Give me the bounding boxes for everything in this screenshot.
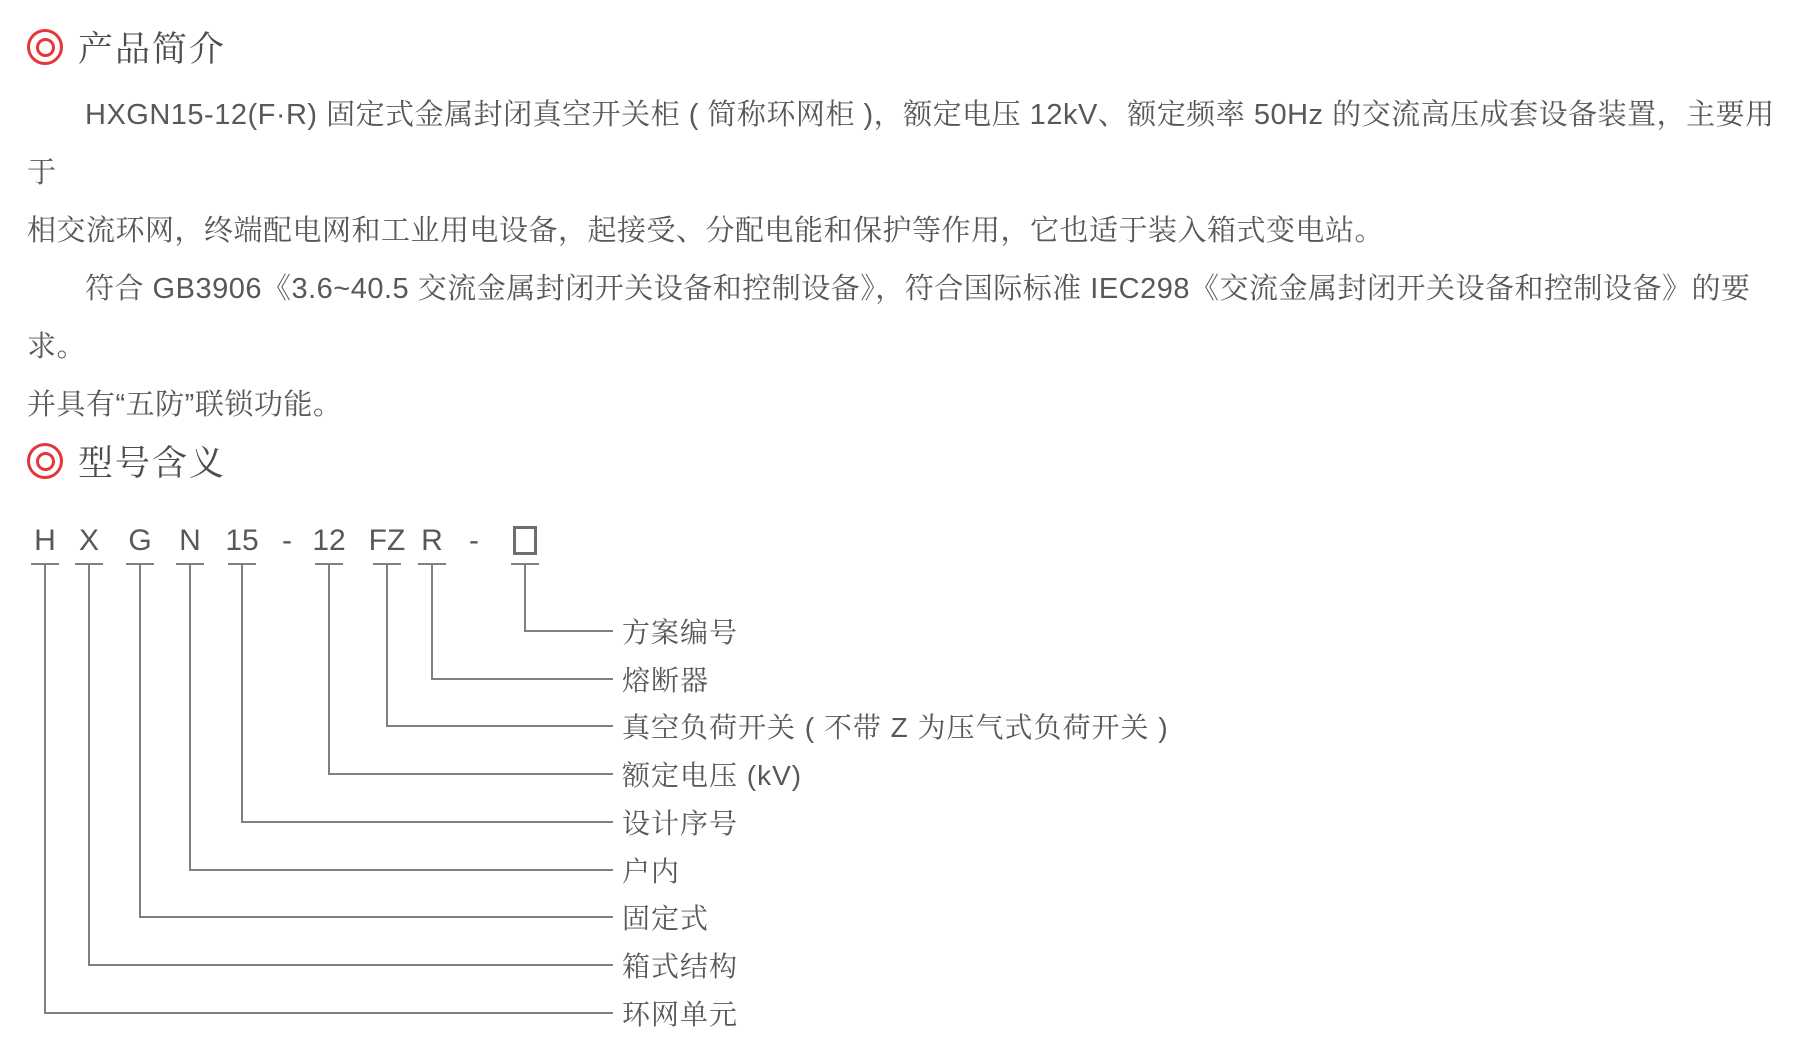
model-code-token: X xyxy=(79,524,99,558)
model-code-token: 15 xyxy=(225,524,258,558)
model-code-label: 户内 xyxy=(622,850,680,890)
model-code-token: - xyxy=(469,524,479,558)
double-circle-icon-inner xyxy=(36,38,55,57)
paragraph-line: 相交流环网，终端配电网和工业用电设备，起接受、分配电能和保护等作用，它也适于装入… xyxy=(27,202,1777,260)
connector-horizontal-line xyxy=(189,869,613,871)
connector-vertical-line xyxy=(241,563,243,823)
double-circle-icon xyxy=(27,443,63,479)
connector-horizontal-line xyxy=(431,678,613,680)
model-code-diagram: H环网单元X箱式结构G固定式N户内15设计序号-12额定电压 (kV)FZ真空负… xyxy=(0,510,1800,1050)
connector-vertical-line xyxy=(88,563,90,966)
connector-horizontal-line xyxy=(241,821,613,823)
model-code-placeholder-box xyxy=(513,526,537,555)
section-title-model: 型号含义 xyxy=(27,436,226,486)
section-title-text: 产品简介 xyxy=(78,22,226,72)
model-code-token: FZ xyxy=(369,524,406,558)
model-code-token: - xyxy=(282,524,292,558)
model-code-token: H xyxy=(34,524,56,558)
connector-horizontal-line xyxy=(328,773,613,775)
connector-horizontal-line xyxy=(524,630,613,632)
model-code-token: 12 xyxy=(312,524,345,558)
paragraph-line: 符合 GB3906《3.6~40.5 交流金属封闭开关设备和控制设备》，符合国际… xyxy=(27,260,1777,376)
connector-vertical-line xyxy=(139,563,141,918)
connector-vertical-line xyxy=(431,563,433,680)
model-code-label: 环网单元 xyxy=(622,993,738,1033)
double-circle-icon xyxy=(27,29,63,65)
connector-vertical-line xyxy=(386,563,388,727)
connector-vertical-line xyxy=(328,563,330,775)
connector-vertical-line xyxy=(524,563,526,632)
section-title-intro: 产品简介 xyxy=(27,22,226,72)
model-code-label: 额定电压 (kV) xyxy=(622,754,802,794)
connector-horizontal-line xyxy=(88,964,613,966)
model-code-label: 固定式 xyxy=(622,897,709,937)
double-circle-icon-inner xyxy=(36,452,55,471)
connector-horizontal-line xyxy=(386,725,613,727)
connector-horizontal-line xyxy=(44,1012,613,1014)
paragraph-line: 并具有“五防”联锁功能。 xyxy=(27,376,1777,434)
model-code-label: 熔断器 xyxy=(622,659,709,699)
model-code-token: R xyxy=(421,524,443,558)
connector-horizontal-line xyxy=(139,916,613,918)
paragraph-line: HXGN15-12(F·R) 固定式金属封闭真空开关柜 ( 简称环网柜 )，额定… xyxy=(27,86,1777,202)
model-code-token: G xyxy=(128,524,151,558)
model-code-label: 方案编号 xyxy=(622,611,738,651)
section-title-text: 型号含义 xyxy=(78,436,226,486)
model-code-label: 设计序号 xyxy=(622,802,738,842)
connector-vertical-line xyxy=(44,563,46,1014)
model-code-label: 箱式结构 xyxy=(622,945,738,985)
model-code-label: 真空负荷开关 ( 不带 Z 为压气式负荷开关 ) xyxy=(622,706,1169,746)
connector-vertical-line xyxy=(189,563,191,871)
model-code-token: N xyxy=(179,524,201,558)
intro-text-block: HXGN15-12(F·R) 固定式金属封闭真空开关柜 ( 简称环网柜 )，额定… xyxy=(27,86,1777,434)
catalog-page: 产品简介 HXGN15-12(F·R) 固定式金属封闭真空开关柜 ( 简称环网柜… xyxy=(0,0,1800,1053)
